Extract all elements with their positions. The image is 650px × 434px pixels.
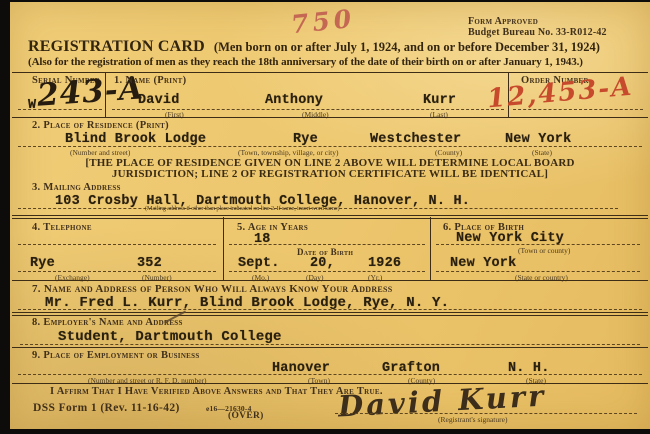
birth-dotted-line2: [436, 271, 640, 272]
residence-town-sublabel: (Town, township, village, or city): [238, 148, 339, 157]
scanned-registration-card-page: { "colors": { "card_background": "#edc76…: [0, 0, 650, 434]
dob-day-value: 20,: [310, 256, 335, 271]
name-middle-value: Anthony: [265, 93, 323, 108]
card-title-row: REGISTRATION CARD (Men born on or after …: [28, 38, 600, 56]
birth-dotted-line1: [436, 244, 640, 245]
rule-row4-bottom: [12, 280, 648, 281]
serial-dotted-line: [18, 109, 102, 110]
form-id: DSS Form 1 (Rev. 11-16-42): [33, 402, 180, 414]
rule-row7-bottom: [12, 312, 648, 316]
residence-dotted-line: [18, 146, 642, 147]
jurisdiction-notice-line2: JURISDICTION; LINE 2 OF REGISTRATION CER…: [10, 168, 650, 180]
birth-state-value: New York: [450, 256, 516, 271]
handwritten-number-750: 750: [290, 4, 357, 40]
age-dotted-line: [229, 244, 425, 245]
divider-age-birth: [430, 217, 431, 280]
residence-label: 2. Place of Residence (Print): [32, 120, 169, 131]
over-label: (OVER): [228, 411, 264, 421]
form-approved-line2: Budget Bureau No. 33-R012-42: [468, 27, 607, 38]
name-label: 1. Name (Print): [114, 75, 186, 86]
signature-dotted-line: [335, 413, 637, 414]
employer-label: 8. Employer's Name and Address: [32, 317, 183, 328]
telephone-dotted-line2: [18, 271, 216, 272]
rule-row8-bottom: [12, 347, 648, 348]
residence-street-sublabel: (Number and street): [70, 148, 130, 157]
telephone-label: 4. Telephone: [32, 222, 92, 233]
telephone-number-value: 352: [137, 256, 162, 271]
telephone-dotted-line1: [18, 244, 216, 245]
name-last-value: Kurr: [423, 93, 456, 108]
card-title-qualifier: (Men born on or after July 1, 1924, and …: [214, 40, 600, 55]
employer-dotted-line: [20, 344, 640, 345]
rule-row9-bottom: [12, 383, 648, 384]
mailing-label: 3. Mailing Address: [32, 182, 121, 193]
form-approved-line1: Form Approved: [468, 16, 607, 27]
form-approved-block: Form Approved Budget Bureau No. 33-R012-…: [468, 16, 607, 38]
affirmation-statement: I Affirm That I Have Verified Above Answ…: [50, 386, 383, 397]
employer-value: Student, Dartmouth College: [58, 329, 282, 345]
birth-town-sublabel: (Town or county): [518, 246, 570, 255]
always-know-label: 7. Name and Address of Person Who Will A…: [32, 283, 393, 295]
employment-dotted-line: [18, 374, 642, 375]
residence-county-sublabel: (County): [435, 148, 462, 157]
telephone-exchange-value: Rye: [30, 256, 55, 271]
residence-state-sublabel: (State): [532, 148, 552, 157]
employment-label: 9. Place of Employment or Business: [32, 350, 200, 361]
rule-row1-bottom: [12, 117, 648, 118]
always-know-dotted-line: [18, 309, 642, 310]
rule-row3-bottom: [12, 215, 648, 219]
residence-state-value: New York: [505, 132, 571, 147]
card-subtitle: (Also for the registration of men as the…: [28, 56, 583, 68]
dob-month-value: Sept.: [238, 256, 280, 271]
order-dotted-line: [513, 109, 643, 110]
mailing-sublabel: (Mailing address if other than place ind…: [145, 205, 339, 212]
serial-prefix: W: [28, 98, 36, 113]
residence-county-value: Westchester: [370, 132, 461, 147]
dob-year-value: 1926: [368, 256, 401, 271]
card-title: REGISTRATION CARD: [28, 38, 205, 56]
dob-dotted-line: [229, 271, 425, 272]
signature-sublabel: (Registrant's signature): [438, 415, 507, 424]
registration-card: 750 Form Approved Budget Bureau No. 33-R…: [10, 2, 650, 429]
residence-town-value: Rye: [293, 132, 318, 147]
residence-street-value: Blind Brook Lodge: [65, 132, 206, 147]
name-first-value: David: [138, 93, 180, 108]
divider-telephone-age: [223, 217, 224, 280]
age-label: 5. Age in Years: [237, 222, 308, 233]
